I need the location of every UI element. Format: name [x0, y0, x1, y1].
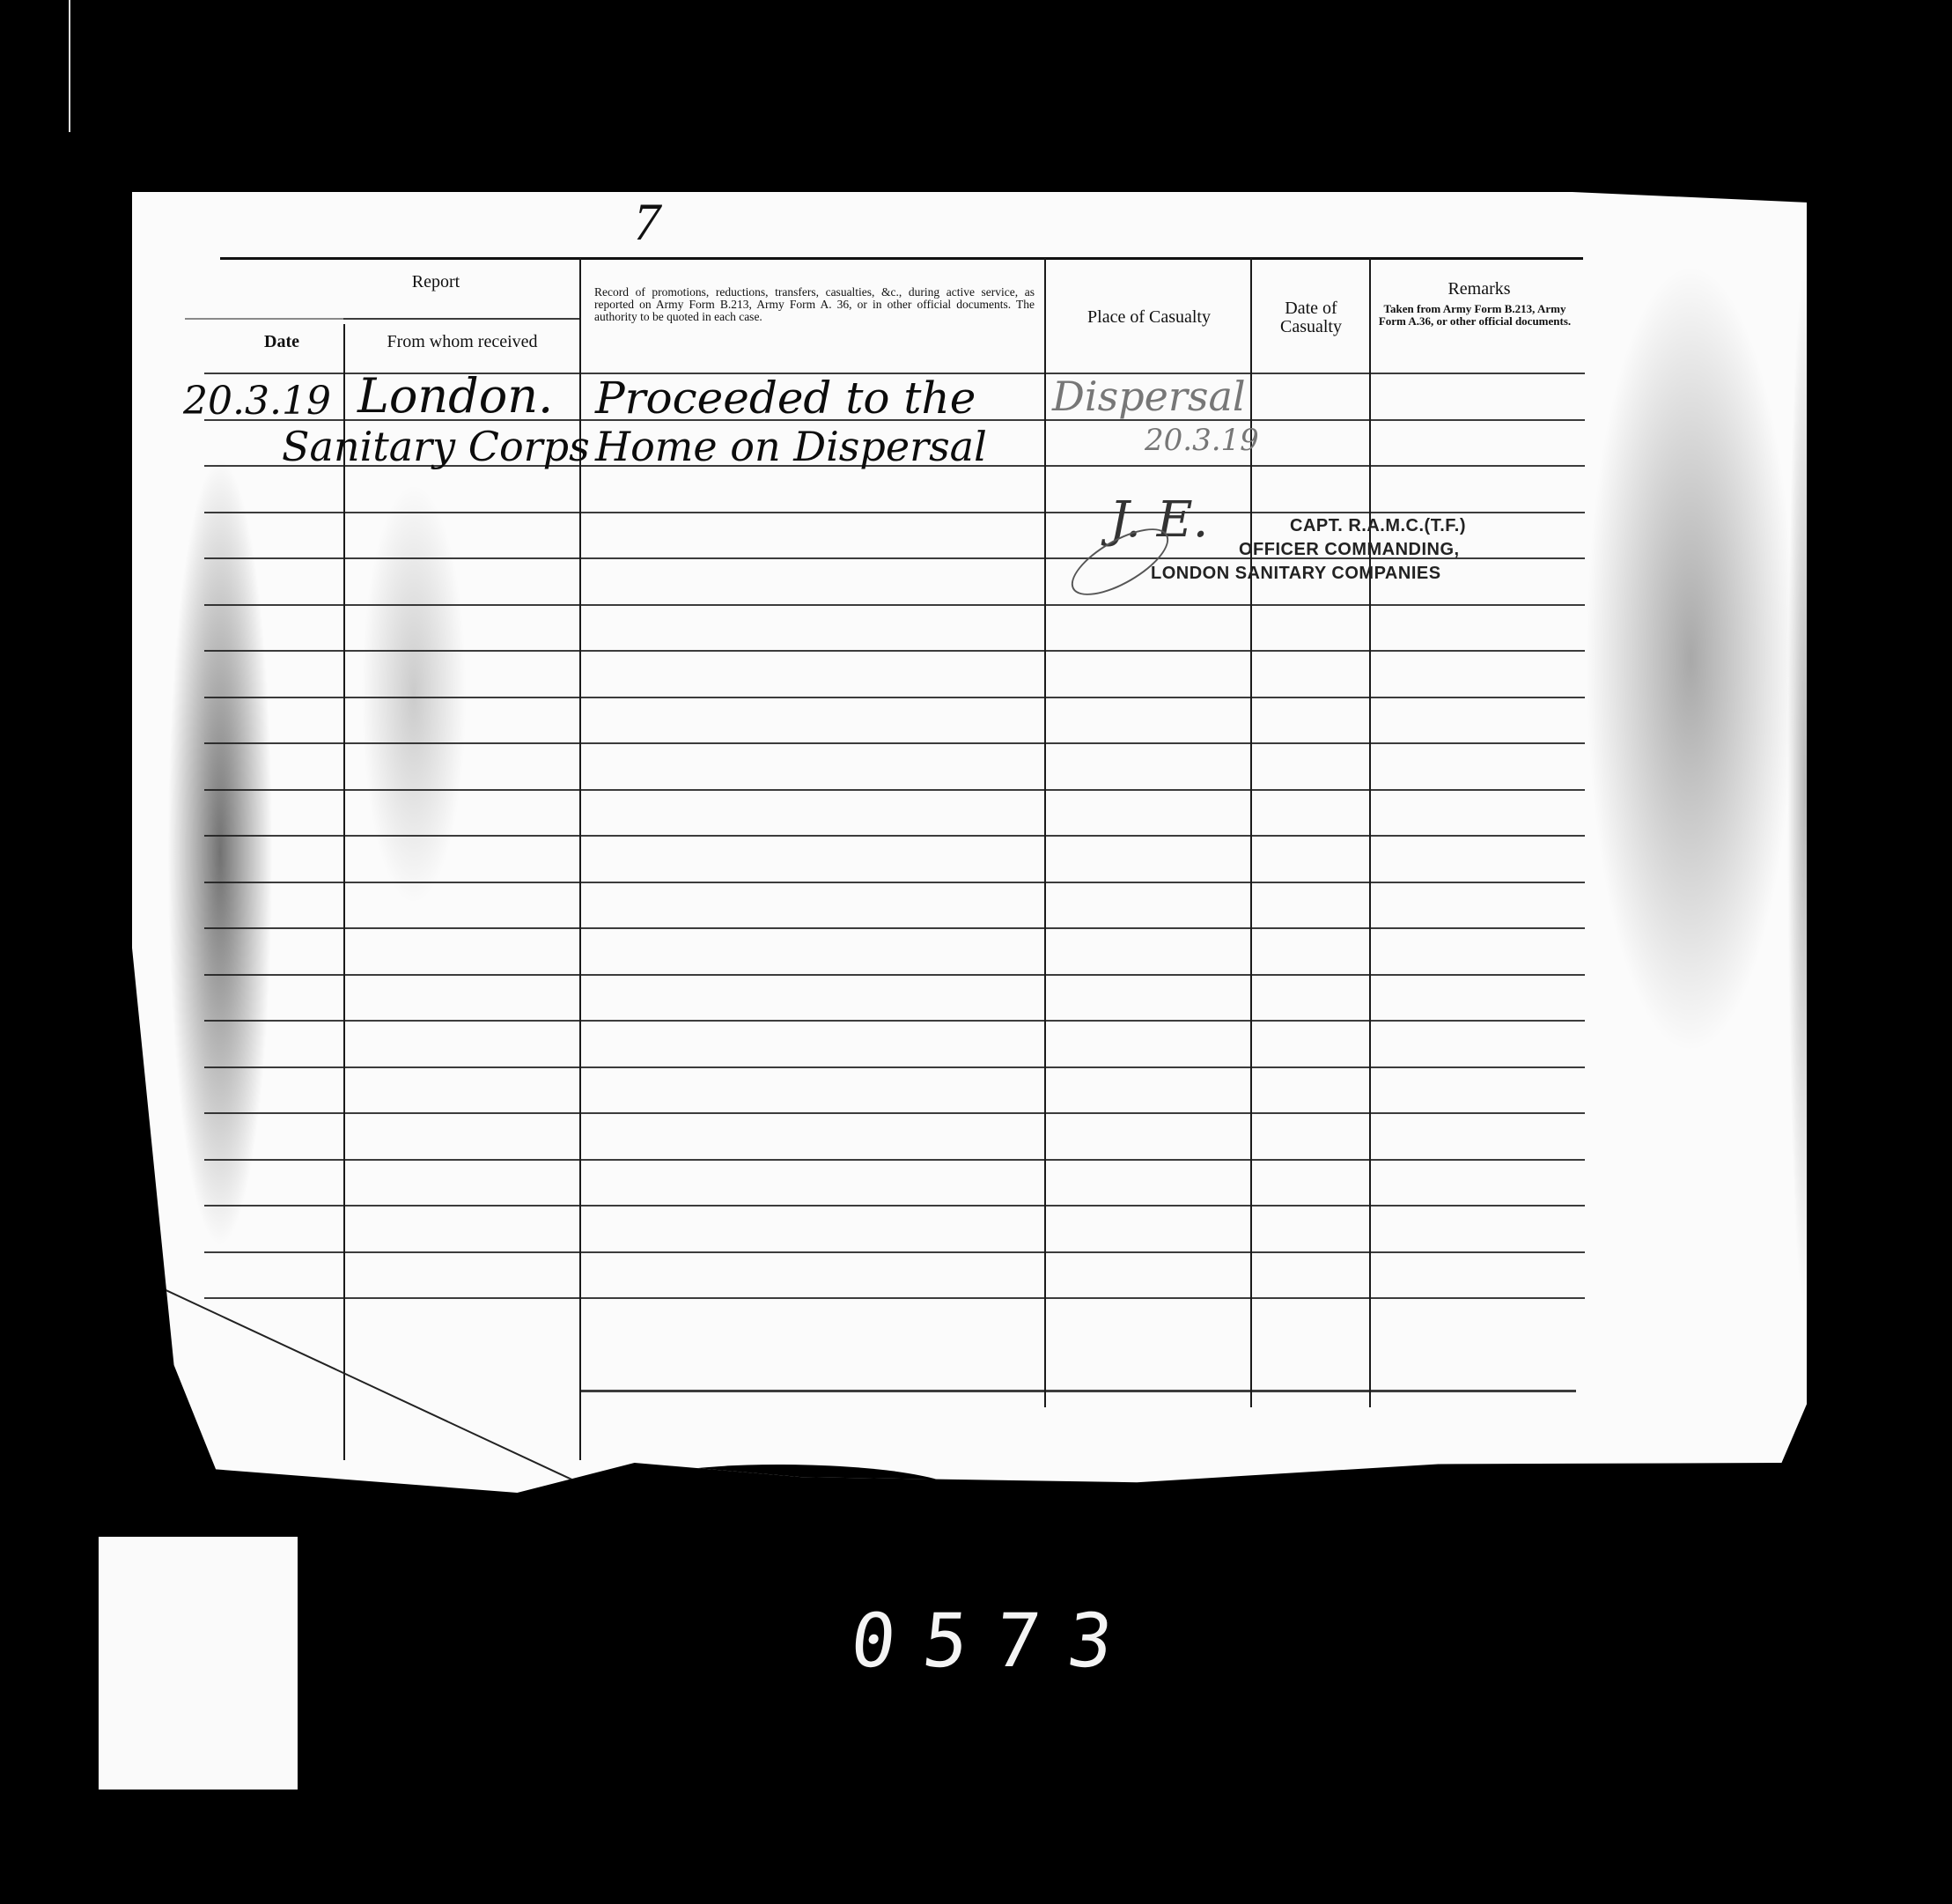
ruled-line: [204, 1251, 1585, 1253]
ruled-line: [204, 650, 1585, 652]
counter-digit: 3: [1062, 1603, 1117, 1679]
stamp-line2: OFFICER COMMANDING,: [1239, 540, 1460, 560]
entry-record-line2: Home on Dispersal: [595, 423, 987, 470]
counter-digit: 5: [917, 1603, 973, 1679]
stain: [361, 483, 467, 905]
record-sheet: 7 Report Date From whom received Record …: [132, 192, 1807, 1495]
entry-place: Dispersal: [1052, 373, 1246, 420]
stamp-line3: LONDON SANITARY COMPANIES: [1151, 564, 1441, 584]
ruled-line: [204, 927, 1585, 929]
blank-index-card: [99, 1537, 298, 1790]
ruled-line: [204, 974, 1585, 976]
ruled-line: [204, 512, 1585, 513]
top-rule: [220, 257, 1583, 260]
header-from-whom: From whom received: [352, 333, 572, 351]
bottom-rule: [581, 1390, 1576, 1392]
column-divider: [1044, 258, 1046, 1407]
torn-edge: [625, 1465, 960, 1517]
ruled-line: [204, 882, 1585, 883]
film-edge-mark: [69, 0, 70, 132]
ruled-line: [204, 697, 1585, 698]
counter-digit: 7: [990, 1603, 1045, 1679]
header-date-of-casualty: Date of Casualty: [1255, 299, 1367, 336]
header-place-of-casualty: Place of Casualty: [1048, 308, 1250, 327]
entry-record-line1: Proceeded to the: [595, 373, 976, 424]
header-date: Date: [220, 333, 343, 351]
header-record: Record of promotions, reductions, transf…: [594, 286, 1035, 324]
report-subheader-rule: [185, 318, 343, 320]
entry-from-whom-line2: Sanitary Corps: [282, 423, 590, 470]
entry-date-of-casualty: 20.3.19: [1145, 423, 1259, 458]
ruled-line: [204, 1159, 1585, 1161]
ruled-line: [204, 1297, 1585, 1299]
page-marker: 7: [634, 192, 660, 253]
ruled-line: [204, 742, 1585, 744]
ruled-line: [204, 1205, 1585, 1207]
report-subheader-rule: [343, 318, 579, 320]
ruled-line: [204, 1112, 1585, 1114]
header-remarks-sub: Taken from Army Form B.213, Army Form A.…: [1375, 303, 1574, 327]
stain: [167, 456, 273, 1249]
stain: [1787, 262, 1823, 1319]
counter-digit: 0: [845, 1603, 901, 1679]
entry-from-whom-line1: London.: [357, 368, 553, 424]
entry-date: 20.3.19: [183, 379, 331, 424]
column-divider: [343, 324, 345, 1460]
ruled-line: [204, 604, 1585, 606]
ruled-line: [204, 1020, 1585, 1022]
stamp-line1: CAPT. R.A.M.C.(T.F.): [1290, 516, 1466, 536]
ruled-line: [204, 1066, 1585, 1068]
folded-corner-crease: [131, 1273, 578, 1483]
stain: [1585, 262, 1796, 1055]
ruled-line: [204, 789, 1585, 791]
header-report: Report: [343, 273, 528, 292]
header-remarks: Remarks: [1374, 280, 1585, 299]
ruled-line: [204, 835, 1585, 837]
column-divider: [1369, 258, 1371, 1407]
frame-counter: 0 5 7 3: [850, 1603, 1114, 1679]
